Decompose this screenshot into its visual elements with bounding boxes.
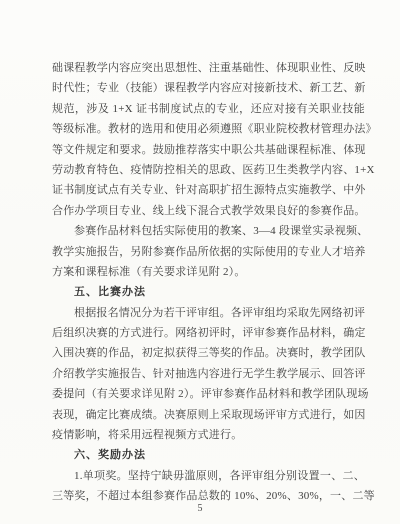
text-line: 劳动教育特色、疫情防控相关的思政、医药卫生类教学内容、1+X: [52, 160, 365, 180]
page-number: 5: [0, 503, 400, 514]
text-line: 证书制度试点有关专业、针对高职扩招生源特点实施教学、中外: [52, 180, 365, 200]
text-line: 介绍教学实施报告、针对抽选内容进行无学生教学展示、回答评: [52, 364, 365, 384]
section-heading-award-method: 六、奖励办法: [52, 445, 365, 465]
text-line: 等文件规定和要求。鼓励推荐落实中职公共基础课程标准、体现: [52, 140, 365, 160]
text-line: 础课程教学内容应突出思想性、注重基础性、体现职业性、反映: [52, 58, 365, 78]
document-text-block: 础课程教学内容应突出思想性、注重基础性、体现职业性、反映 时代性；专业（技能）课…: [52, 58, 365, 507]
scanned-document-page: 础课程教学内容应突出思想性、注重基础性、体现职业性、反映 时代性；专业（技能）课…: [0, 0, 400, 524]
text-line: 委提问（有关要求详见附 2）。评审参赛作品材料和教学团队现场: [52, 384, 365, 404]
text-line: 教学实施报告，另附参赛作品所依据的实际使用的专业人才培养: [52, 242, 365, 262]
text-line: 入围决赛的作品，初定拟获得三等奖的作品。决赛时，教学团队: [52, 343, 365, 363]
text-line: 等级标准。教材的选用和使用必须遵照《职业院校教材管理办法》: [52, 119, 365, 139]
section-heading-competition-method: 五、比赛办法: [52, 282, 365, 302]
text-line: 表现，确定比赛成绩。决赛原则上采取现场评审方式进行，如因: [52, 405, 365, 425]
paragraph-first-line: 参赛作品材料包括实际使用的教案、3—4 段课堂实录视频、: [52, 221, 365, 241]
paragraph-last-line: 方案和课程标准（有关要求详见附 2）。: [52, 262, 365, 282]
text-line: 后组织决赛的方式进行。网络初评时，评审参赛作品材料，确定: [52, 323, 365, 343]
paragraph-first-line: 根据报名情况分为若干评审组。各评审组均采取先网络初评: [52, 303, 365, 323]
text-line: 规范，涉及 1+X 证书制度试点的专业，还应对接有关职业技能: [52, 99, 365, 119]
paragraph-first-line: 1.单项奖。坚持宁缺毋滥原则，各评审组分别设置一、二、: [52, 466, 365, 486]
paragraph-last-line: 疫情影响，将采用远程视频方式进行。: [52, 425, 365, 445]
text-line: 时代性；专业（技能）课程教学内容应对接新技术、新工艺、新: [52, 78, 365, 98]
text-line: 合作办学项目专业、线上线下混合式教学效果良好的参赛作品。: [52, 201, 365, 221]
